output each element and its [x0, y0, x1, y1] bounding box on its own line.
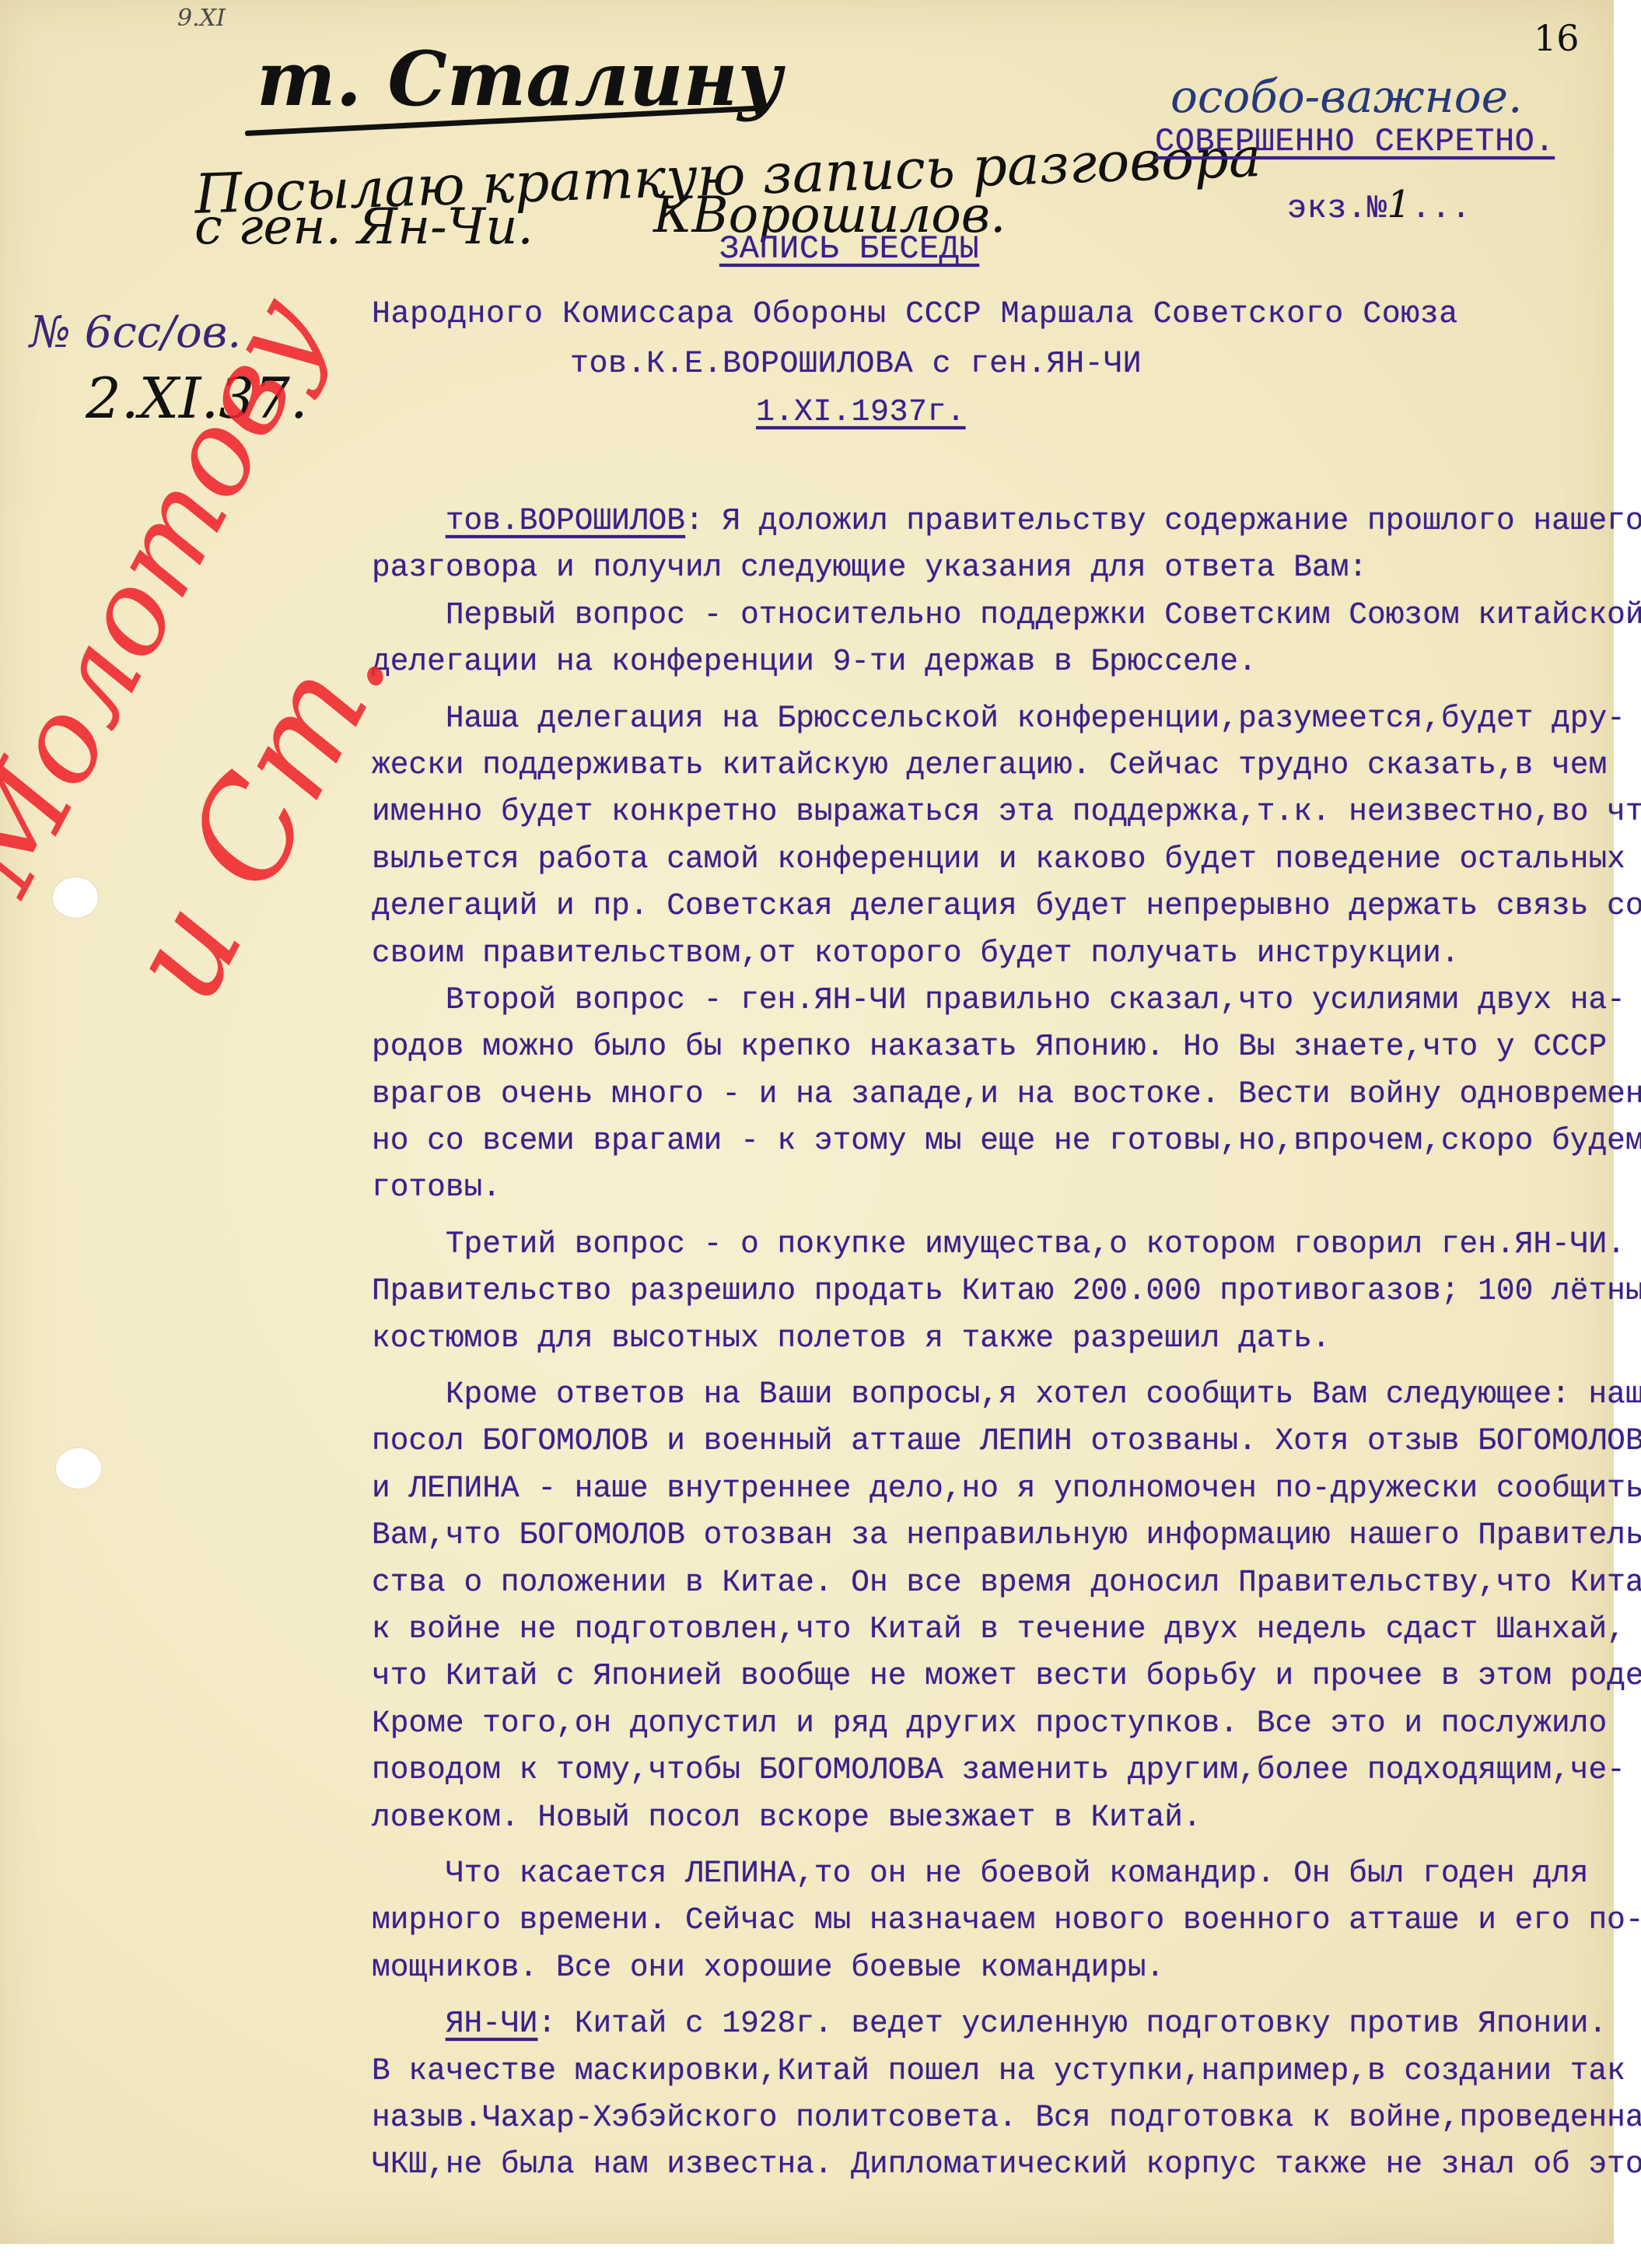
document-title: ЗАПИСЬ БЕСЕДЫ	[719, 230, 979, 268]
copy-number: экз.№1...	[1287, 183, 1471, 227]
body-line: ЯН-ЧИ: Китай с 1928г. ведет усиленную по…	[372, 2000, 1608, 2047]
body-line: Правительство разрешило продать Китаю 20…	[372, 1268, 1608, 1314]
document-body: тов.ВОРОШИЛОВ: Я доложил правительству с…	[372, 498, 1608, 2189]
document-date: 1.XI.1937г.	[756, 395, 966, 430]
document-subtitle-line2: тов.К.Е.ВОРОШИЛОВА с ген.ЯН-ЧИ	[570, 347, 1142, 382]
body-line: делегации на конференции 9-ти держав в Б…	[372, 639, 1608, 685]
body-line: готовы.	[372, 1164, 1608, 1211]
handwritten-date-top: 9.XI	[177, 5, 226, 32]
document-page: 16 9.XI т. Сталину Посылаю краткую запис…	[0, 0, 1614, 2244]
body-line: Кроме ответов на Ваши вопросы,я хотел со…	[372, 1371, 1608, 1418]
punch-hole	[56, 1448, 101, 1489]
body-line: родов можно было бы крепко наказать Япон…	[372, 1024, 1608, 1070]
body-line: поводом к тому,чтобы БОГОМОЛОВА заменить…	[372, 1747, 1608, 1794]
copy-label: экз.№	[1287, 190, 1387, 227]
body-line: назыв.Чахар-Хэбэйского политсовета. Вся …	[372, 2095, 1608, 2141]
body-line: Наша делегация на Брюссельской конференц…	[372, 695, 1608, 742]
classification-stamp: СОВЕРШЕННО СЕКРЕТНО.	[1155, 123, 1555, 160]
body-line: разговора и получил следующие указания д…	[372, 544, 1608, 591]
handwritten-priority: особо-важное.	[1170, 70, 1522, 123]
copy-number-value: 1	[1387, 183, 1412, 226]
body-line: В качестве маскировки,Китай пошел на уст…	[372, 2048, 1608, 2095]
body-line: что Китай с Японией вообще не может вест…	[372, 1653, 1608, 1699]
body-line: но со всеми врагами - к этому мы еще не …	[372, 1118, 1608, 1164]
body-line: ловеком. Новый посол вскоре выезжает в К…	[372, 1794, 1608, 1841]
page-number: 16	[1534, 17, 1580, 59]
body-line: именно будет конкретно выражаться эта по…	[372, 789, 1608, 835]
speaker-label-voroshilov: тов.ВОРОШИЛОВ	[446, 503, 685, 538]
body-line: своим правительством,от которого будет п…	[372, 930, 1608, 977]
body-line: мощников. Все они хорошие боевые команди…	[372, 1944, 1608, 1991]
body-line: ЧКШ,не была нам известна. Дипломатически…	[372, 2141, 1608, 2188]
body-line: мирного времени. Сейчас мы назначаем нов…	[372, 1897, 1608, 1944]
body-line: Вам,что БОГОМОЛОВ отозван за неправильну…	[372, 1512, 1608, 1559]
body-line: жески поддерживать китайскую делегацию. …	[372, 742, 1608, 789]
body-line: Кроме того,он допустил и ряд других прос…	[372, 1700, 1608, 1747]
body-line: Что касается ЛЕПИНА,то он не боевой кома…	[372, 1850, 1608, 1897]
body-line: посол БОГОМОЛОВ и военный атташе ЛЕПИН о…	[372, 1418, 1608, 1465]
body-line: Первый вопрос - относительно поддержки С…	[372, 592, 1608, 639]
copy-suffix: ...	[1412, 190, 1471, 227]
body-line: тов.ВОРОШИЛОВ: Я доложил правительству с…	[372, 498, 1608, 544]
body-line: выльется работа самой конференции и како…	[372, 836, 1608, 883]
document-subtitle-line1: Народного Комиссара Обороны СССР Маршала…	[372, 297, 1458, 332]
body-line: врагов очень много - и на западе,и на во…	[372, 1071, 1608, 1118]
body-line: ства о положении в Китае. Он все время д…	[372, 1559, 1608, 1606]
body-line: делегаций и пр. Советская делегация буде…	[372, 883, 1608, 929]
handwritten-note-line2: с ген. Ян-Чи.	[194, 198, 534, 256]
body-line: Третий вопрос - о покупке имущества,о ко…	[372, 1221, 1608, 1268]
body-line: к войне не подготовлен,что Китай в течен…	[372, 1606, 1608, 1653]
speaker-label-yang-chi: ЯН-ЧИ	[446, 2006, 538, 2041]
body-line: костюмов для высотных полетов я также ра…	[372, 1315, 1608, 1362]
body-line: и ЛЕПИНА - наше внутреннее дело,но я упо…	[372, 1465, 1608, 1512]
body-line: Второй вопрос - ген.ЯН-ЧИ правильно сказ…	[372, 977, 1608, 1024]
